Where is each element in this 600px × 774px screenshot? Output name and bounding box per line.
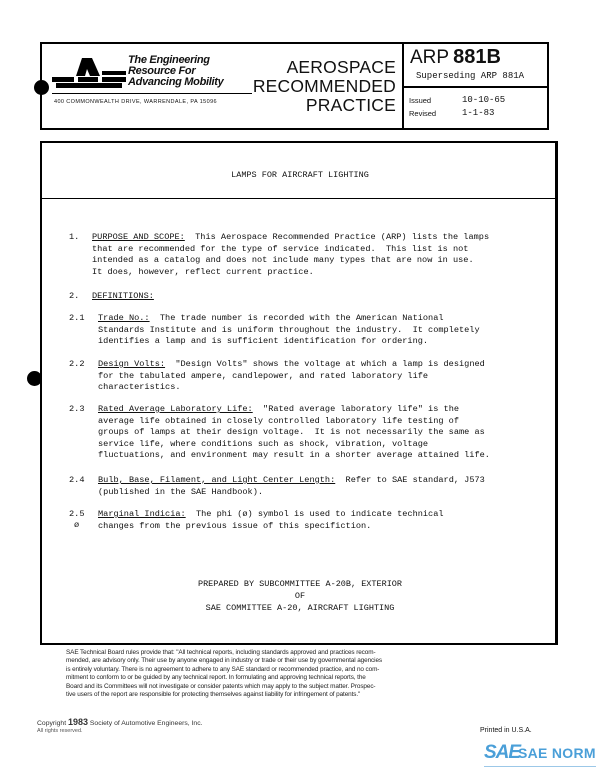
revised-label: Revised <box>409 109 436 118</box>
disclaimer-line: tive users of the report are responsible… <box>66 691 546 699</box>
para-line: groups of lamps at their design voltage.… <box>98 427 485 437</box>
section-heading: Design Volts: <box>98 359 165 369</box>
tagline-line: Advancing Mobility <box>128 77 223 88</box>
document-title: LAMPS FOR AIRCRAFT LIGHTING <box>0 170 600 180</box>
para-line: intended as a catalog and does not inclu… <box>92 255 474 265</box>
para-line: "Design Volts" shows the voltage at whic… <box>165 359 485 369</box>
section-number: 2.5 <box>69 509 84 519</box>
doc-type-line: PRACTICE <box>253 96 396 115</box>
arp-prefix: ARP <box>410 47 449 68</box>
issued-date: 10-10-65 <box>462 95 505 105</box>
copyright-notice: Copyright 1983 Society of Automotive Eng… <box>37 717 203 727</box>
doc-type-line: AEROSPACE <box>253 58 396 77</box>
para-line: characteristics. <box>98 382 181 392</box>
section-heading: DEFINITIONS: <box>92 291 154 301</box>
superseding-note: Superseding ARP 881A <box>416 71 524 81</box>
arp-designation: ARP881B <box>410 46 501 69</box>
para-line: This Aerospace Recommended Practice (ARP… <box>185 232 489 242</box>
copyright-suffix: Society of Automotive Engineers, Inc. <box>88 720 202 727</box>
disclaimer-line: mitment to conform to or be guided by an… <box>66 674 546 682</box>
para-line: Standards Institute and is uniform throu… <box>98 325 480 335</box>
para-line: (published in the SAE Handbook). <box>98 487 263 497</box>
para-line: identifies a lamp and is sufficient iden… <box>98 336 428 346</box>
section-heading: Trade No.: <box>98 313 150 323</box>
para-line: changes from the previous issue of this … <box>98 521 371 531</box>
section-number: 2.2 <box>69 359 84 369</box>
prepared-by-line: PREPARED BY SUBCOMMITTEE A-20B, EXTERIOR <box>0 578 600 590</box>
logo-rule <box>52 93 252 94</box>
para-line: It does, however, reflect current practi… <box>92 267 314 277</box>
para-line: fluctuations, and environment may result… <box>98 450 490 460</box>
para-line: for the tabulated ampere, candlepower, a… <box>98 371 428 381</box>
watermark-rule <box>484 766 596 767</box>
sae-address: 400 COMMONWEALTH DRIVE, WARRENDALE, PA 1… <box>54 99 217 105</box>
doc-type-line: RECOMMENDED <box>253 77 396 96</box>
prepared-by: PREPARED BY SUBCOMMITTEE A-20B, EXTERIOR… <box>0 578 600 614</box>
copyright-year: 1983 <box>68 717 88 727</box>
disclaimer-line: Board and its Committees will not invest… <box>66 683 546 691</box>
rights-reserved: All rights reserved. <box>37 728 83 734</box>
document-type: AEROSPACE RECOMMENDED PRACTICE <box>253 58 396 115</box>
para-line: average life obtained in closely control… <box>98 416 459 426</box>
section-number: 2. <box>69 291 79 301</box>
revised-date: 1-1-83 <box>462 108 494 118</box>
para-line: Refer to SAE standard, J573 <box>335 475 485 485</box>
issued-label: Issued <box>409 96 431 105</box>
section-heading: Bulb, Base, Filament, and Light Center L… <box>98 475 335 485</box>
change-marker-phi: ø <box>74 520 79 530</box>
section-purpose-scope: PURPOSE AND SCOPE: This Aerospace Recomm… <box>92 232 489 278</box>
para-line: that are recommended for the type of ser… <box>92 244 468 254</box>
sae-logo-icon <box>52 58 126 88</box>
arp-box-divider <box>402 86 547 88</box>
definition-design-volts: Design Volts: "Design Volts" shows the v… <box>98 359 485 394</box>
section-number: 2.4 <box>69 475 84 485</box>
section-heading: Marginal Indicia: <box>98 509 186 519</box>
para-line: The trade number is recorded with the Am… <box>150 313 444 323</box>
title-divider <box>40 198 557 199</box>
section-number: 2.1 <box>69 313 84 323</box>
disclaimer-line: is entirely voluntary. There is no agree… <box>66 666 546 674</box>
definition-rated-life: Rated Average Laboratory Life: "Rated av… <box>98 404 490 462</box>
disclaimer-line: mended, are advisory only. Their use by … <box>66 657 546 665</box>
para-line: The phi (ø) symbol is used to indicate t… <box>186 509 444 519</box>
section-number: 2.3 <box>69 404 84 414</box>
prepared-by-line: SAE COMMITTEE A-20, AIRCRAFT LIGHTING <box>0 602 600 614</box>
printed-in: Printed in U.S.A. <box>480 727 532 734</box>
copyright-prefix: Copyright <box>37 720 68 727</box>
definition-marginal-indicia: Marginal Indicia: The phi (ø) symbol is … <box>98 509 444 532</box>
disclaimer-line: SAE Technical Board rules provide that: … <box>66 649 546 657</box>
section-heading: Rated Average Laboratory Life: <box>98 404 253 414</box>
section-definitions: DEFINITIONS: <box>92 291 154 303</box>
para-line: service life, where conditions such as s… <box>98 439 428 449</box>
prepared-by-line: OF <box>0 590 600 602</box>
technical-board-disclaimer: SAE Technical Board rules provide that: … <box>66 649 546 699</box>
section-number: 1. <box>69 232 79 242</box>
sae-tagline: The Engineering Resource For Advancing M… <box>128 55 223 88</box>
sae-norm-watermark: SAE NORM <box>518 745 596 761</box>
para-line: "Rated average laboratory life" is the <box>253 404 459 414</box>
definition-trade-no: Trade No.: The trade number is recorded … <box>98 313 480 348</box>
arp-number: 881B <box>453 46 501 68</box>
section-heading: PURPOSE AND SCOPE: <box>92 232 185 242</box>
definition-bulb-base: Bulb, Base, Filament, and Light Center L… <box>98 475 485 498</box>
sae-watermark-logo-icon: SAE <box>484 742 520 764</box>
